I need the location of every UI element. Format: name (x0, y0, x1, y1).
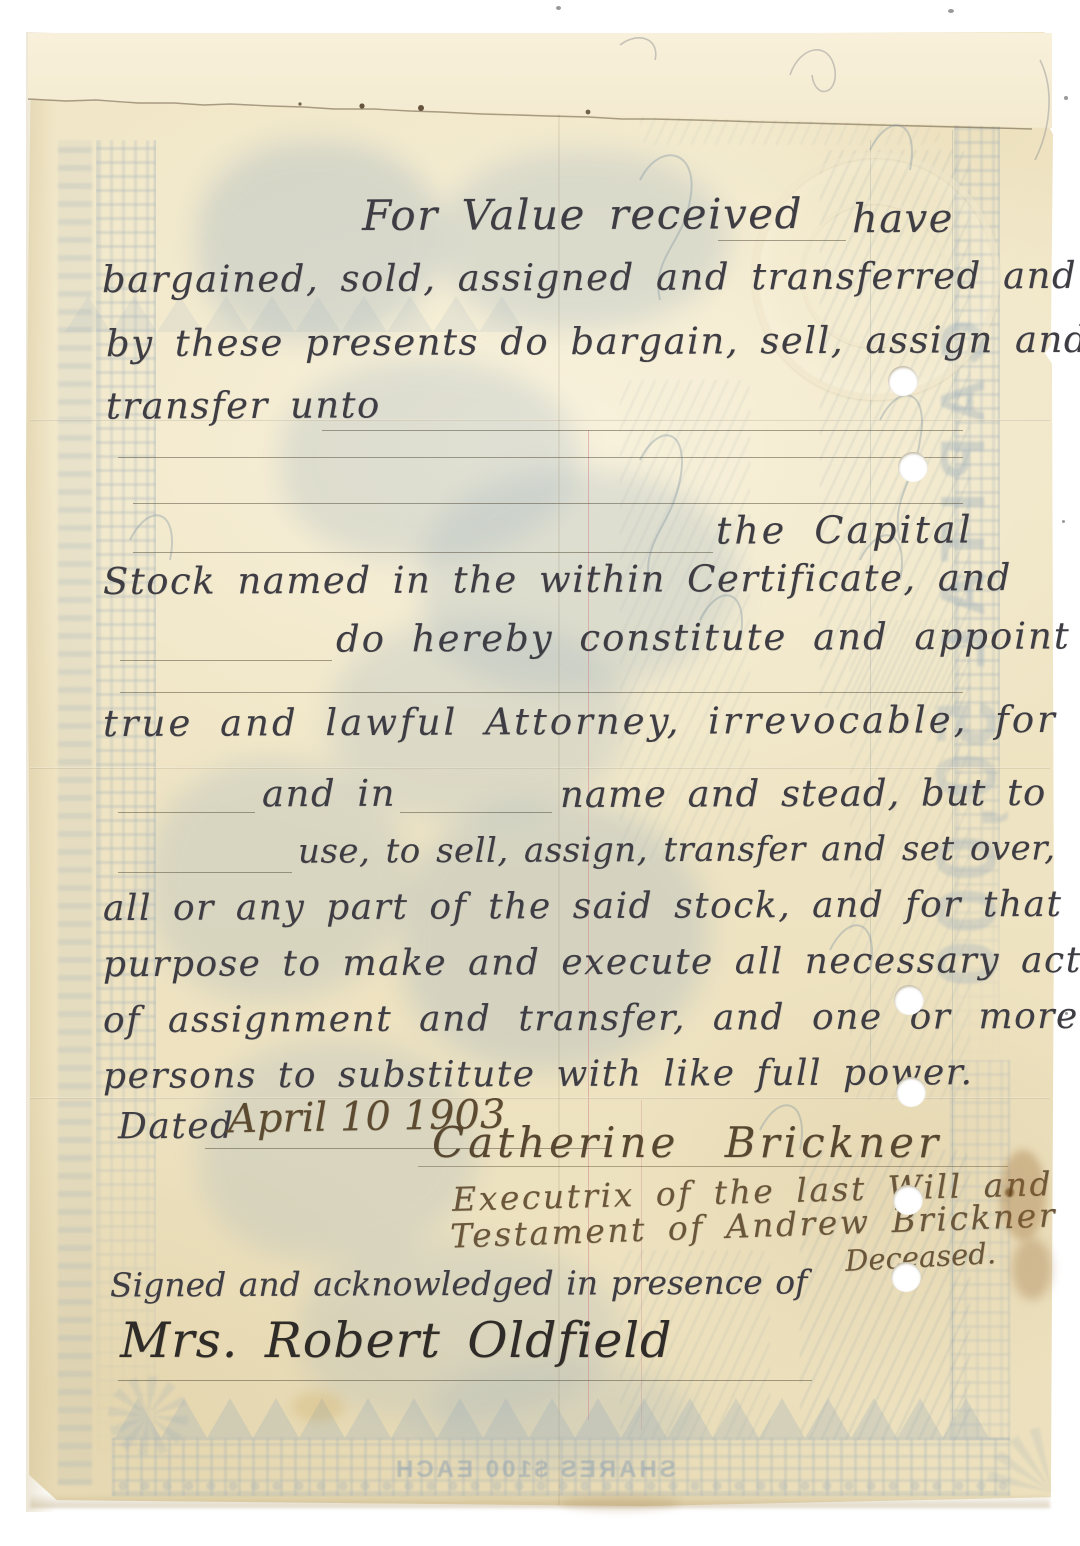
blank-line (118, 812, 255, 813)
ghost-corner-rosette (108, 1376, 188, 1456)
printed-line-assignment: of assignment and transfer, and one or m… (103, 996, 1079, 1041)
dust-speck (556, 6, 561, 10)
blank-line (118, 457, 963, 458)
signature-catherine-brickner: Catherine Brickner (432, 1118, 942, 1167)
ghost-shares-text: SHARES $100 EACH (393, 1456, 676, 1484)
printed-word-have: have (852, 196, 954, 242)
ghost-left-scallop-border (58, 140, 92, 1485)
stain (292, 1392, 344, 1422)
printed-line-presents: by these presents do bargain, sell, assi… (106, 318, 1080, 365)
blank-line (718, 240, 846, 241)
printed-line-use-sell: use, to sell, assign, transfer and set o… (298, 828, 1056, 871)
printed-line-persons: persons to substitute with like full pow… (103, 1052, 974, 1097)
printed-label-witness: Signed and acknowledged in presence of (110, 1262, 807, 1304)
punch-hole (894, 985, 924, 1015)
dust-speck (1062, 520, 1065, 523)
blank-line (120, 692, 963, 693)
printed-line-value-received: For Value received (362, 189, 803, 240)
fold-crease (30, 767, 1050, 769)
printed-phrase-and-in: and in (262, 772, 396, 816)
printed-phrase-the-capital: the Capital (716, 507, 974, 552)
blank-line (133, 552, 713, 553)
printed-phrase-name-stead: name and stead, but to (560, 771, 1046, 816)
printed-line-do-hereby: do hereby constitute and appoint (336, 614, 1071, 660)
dust-speck (1065, 1012, 1068, 1015)
blank-line (120, 660, 332, 661)
stain-speck (1005, 1188, 1014, 1197)
punch-hole (891, 1262, 921, 1292)
punch-hole (898, 452, 928, 482)
printed-line-stock-named: Stock named in the within Certificate, a… (103, 556, 1012, 603)
witness-signature-oldfield: Mrs. Robert Oldfield (120, 1312, 672, 1369)
printed-line-attorney: true and lawful Attorney, irrevocable, f… (103, 698, 1058, 745)
blank-line (118, 872, 292, 873)
paper-bottom-edge-shading (30, 1494, 1050, 1508)
punch-hole (893, 1185, 923, 1215)
stain (1012, 1238, 1052, 1300)
dust-speck (1064, 96, 1068, 100)
blank-line (322, 430, 963, 431)
punch-hole (888, 366, 918, 396)
paper-left-edge-shading (26, 32, 56, 1512)
printed-line-purpose: purpose to make and execute all necessar… (103, 940, 1080, 985)
blank-line (400, 812, 552, 813)
blank-line (133, 503, 963, 504)
stain (560, 1495, 680, 1511)
printed-line-all-or-any: all or any part of the said stock, and f… (103, 884, 1063, 929)
printed-label-dated: Dated (118, 1106, 235, 1148)
scanned-stock-certificate-back: CAPITAL 50,000 SHARES $100 EACH (0, 0, 1080, 1546)
punch-hole (896, 1077, 926, 1107)
dust-speck (948, 9, 954, 13)
printed-line-transfer-unto: transfer unto (106, 383, 381, 427)
witness-signature-line (118, 1380, 812, 1381)
printed-line-bargained: bargained, sold, assigned and transferre… (102, 254, 1077, 301)
